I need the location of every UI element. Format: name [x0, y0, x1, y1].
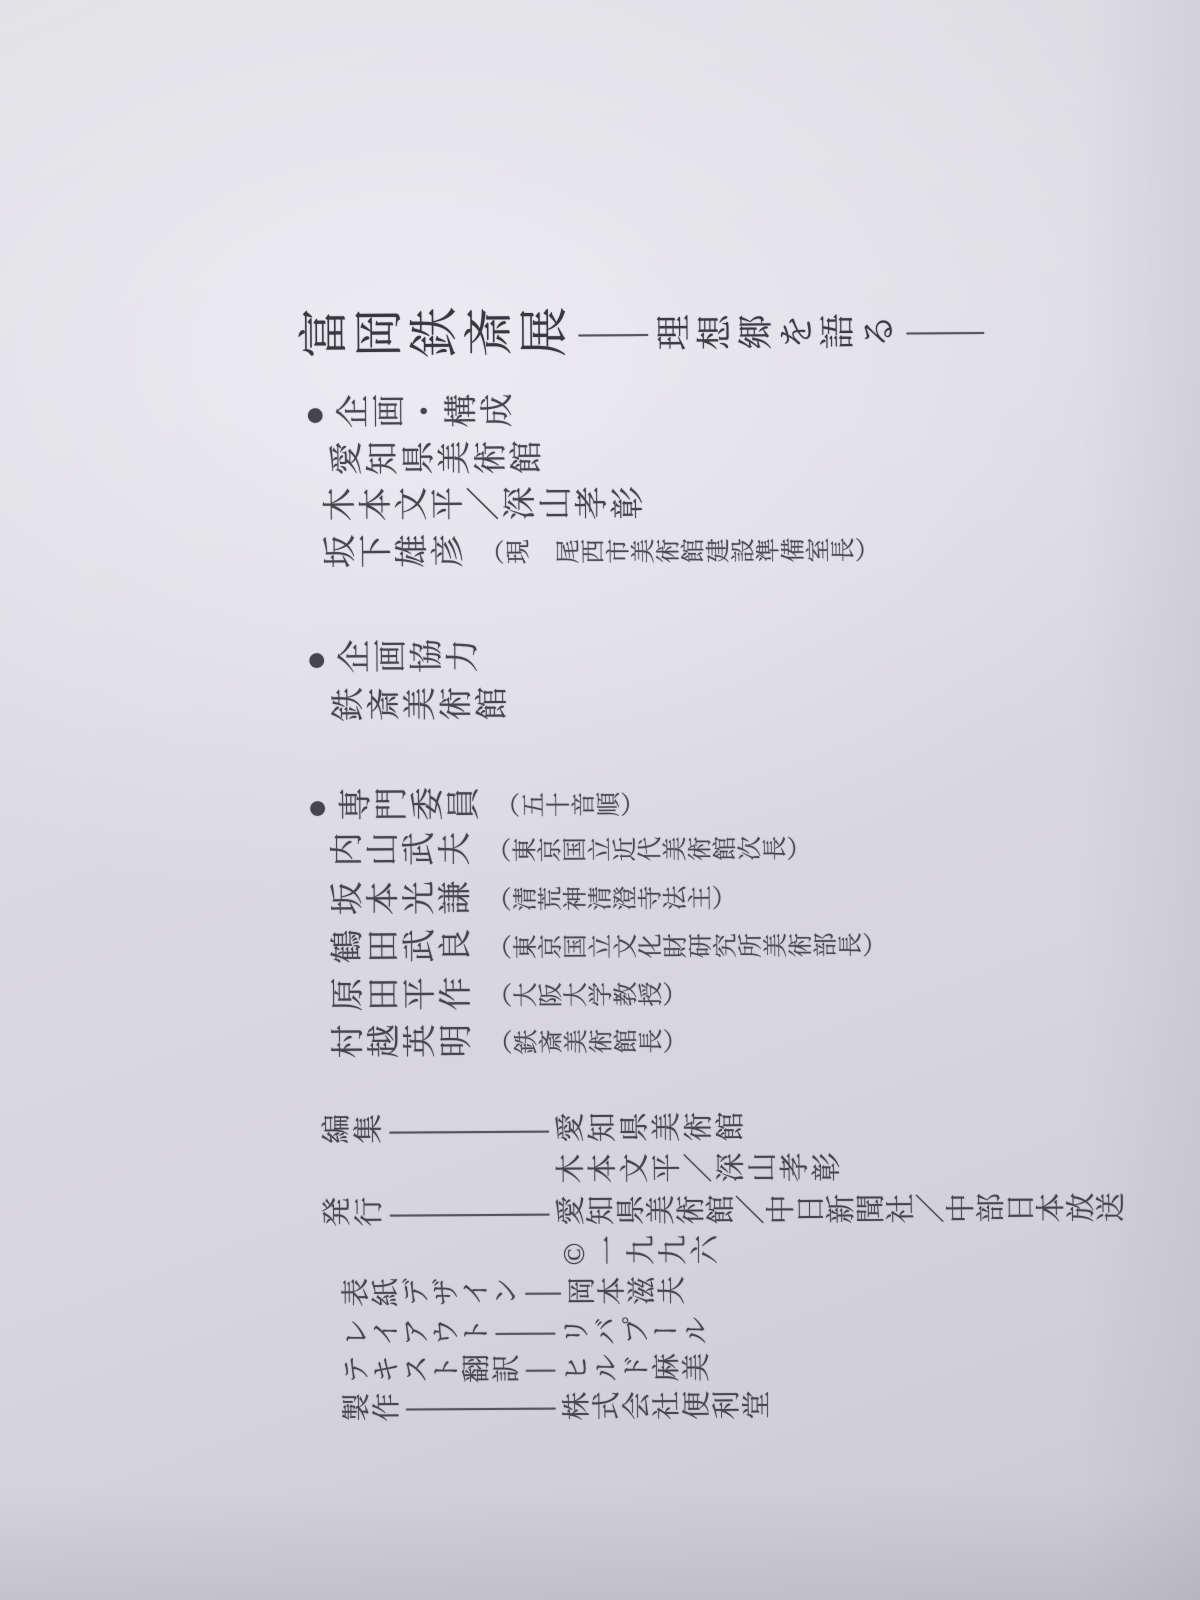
committee-member-name: 内山武夫: [328, 834, 472, 872]
cooperation-heading-label: 企画協力: [336, 641, 480, 679]
colophon-page-photo: 富岡鉄斎展理想郷を語る ●企画・構成 愛知県美術館 木本文平／深山孝彰 坂下雄彦…: [0, 0, 1200, 1600]
credit-value: ヒルド麻美: [561, 1354, 711, 1387]
edit-value2: 木本文平／深山孝彰: [554, 1156, 842, 1188]
publish-row: 発行愛知県美術館／中日新聞社／中部日本放送: [321, 1196, 1125, 1231]
cooperation-heading: ●企画協力: [297, 643, 480, 678]
edit-row: 編集愛知県美術館: [320, 1115, 746, 1148]
bullet-icon: ●: [298, 790, 337, 827]
edit-dash-rule: [389, 1131, 549, 1134]
planning-person-name: 坂下雄彦: [322, 536, 466, 574]
committee-member-name: 坂本光謙: [329, 883, 473, 921]
committee-member-note: （大阪大学教授）: [487, 983, 687, 1011]
committee-member-note: （東京国立文化財研究所美術部長）: [487, 934, 887, 963]
committee-heading-note: （五十音順）: [495, 793, 645, 821]
committee-member-row: 鶴田武良（東京国立文化財研究所美術部長）: [329, 931, 887, 968]
credit-label: テキスト翻訳: [341, 1355, 521, 1388]
credit-row: 表紙デザイン岡本滋夫: [340, 1279, 686, 1310]
edit-label: 編集: [320, 1116, 384, 1149]
credit-dash-rule: [495, 1333, 555, 1335]
credit-value: 株式会社便利堂: [561, 1391, 771, 1424]
credit-row: レイアウトリバプール: [340, 1319, 710, 1350]
publish-dash-rule: [390, 1214, 550, 1217]
committee-member-name: 原田平作: [329, 979, 473, 1017]
cooperation-organization: 鉄斎美術館: [329, 691, 509, 726]
planning-person-row: 坂下雄彦（現 尾西市美術館建設準備室長）: [322, 536, 880, 573]
page-title: 富岡鉄斎展理想郷を語る: [297, 308, 990, 362]
title-subtitle: 理想郷を語る: [654, 314, 900, 356]
committee-member-name: 鶴田武良: [329, 931, 473, 969]
committee-heading: ●専門委員（五十音順）: [298, 790, 645, 826]
bullet-icon: ●: [297, 642, 336, 679]
planning-heading-label: 企画・構成: [335, 396, 515, 434]
credit-row: テキスト翻訳ヒルド麻美: [341, 1356, 711, 1387]
credit-label: 製作: [341, 1394, 401, 1426]
title-main: 富岡鉄斎展: [297, 308, 572, 366]
publish-label: 発行: [321, 1199, 385, 1232]
committee-member-row: 坂本光謙（清荒神清澄寺法主）: [329, 884, 737, 920]
credit-dash-rule: [406, 1408, 556, 1411]
credit-dash-rule: [525, 1293, 561, 1295]
committee-member-row: 原田平作（大阪大学教授）: [329, 980, 687, 1016]
planning-organization: 愛知県美術館: [328, 445, 544, 480]
planning-curators: 木本文平／深山孝彰: [321, 490, 645, 526]
credit-value: リバプール: [560, 1317, 710, 1350]
book-page: 富岡鉄斎展理想郷を語る ●企画・構成 愛知県美術館 木本文平／深山孝彰 坂下雄彦…: [0, 0, 1200, 1598]
committee-member-note: （鉄斎美術館長）: [488, 1030, 688, 1058]
committee-member-note: （東京国立近代美術館次長）: [486, 837, 811, 866]
committee-heading-label: 専門委員: [337, 789, 481, 827]
committee-member-name: 村越英明: [330, 1026, 474, 1064]
copyright-line: ©一九九六: [558, 1239, 721, 1270]
committee-member-row: 村越英明（鉄斎美術館長）: [330, 1027, 688, 1063]
credit-dash-rule: [526, 1370, 556, 1372]
planning-heading: ●企画・構成: [296, 398, 515, 433]
edit-value: 愛知県美術館: [554, 1113, 746, 1147]
credit-value: 岡本滋夫: [566, 1277, 686, 1310]
committee-member-row: 内山武夫（東京国立近代美術館次長）: [328, 834, 811, 871]
credit-label: 表紙デザイン: [340, 1278, 520, 1311]
title-trailing-dash-rule: [906, 332, 984, 334]
committee-member-note: （清荒神清澄寺法主）: [487, 887, 737, 916]
credit-label: レイアウト: [340, 1318, 490, 1351]
publish-value: 愛知県美術館／中日新聞社／中部日本放送: [555, 1194, 1125, 1230]
bullet-icon: ●: [296, 397, 335, 434]
title-dash-rule: [578, 334, 648, 336]
planning-person-note: （現 尾西市美術館建設準備室長）: [480, 539, 880, 568]
credit-row: 製作株式会社便利堂: [341, 1393, 771, 1425]
